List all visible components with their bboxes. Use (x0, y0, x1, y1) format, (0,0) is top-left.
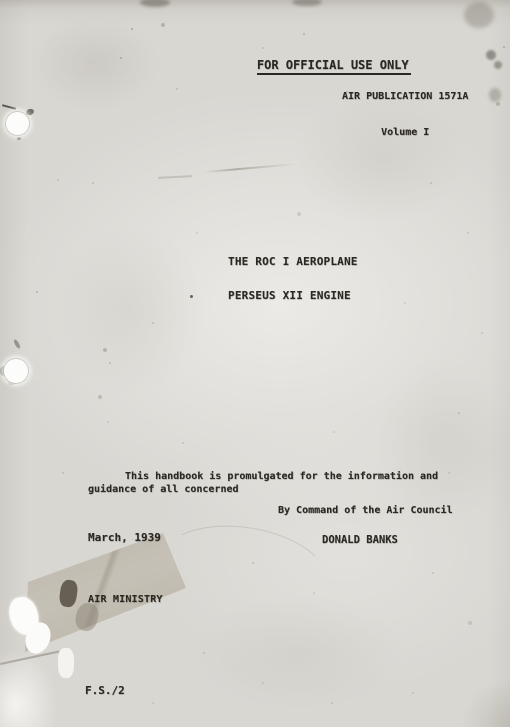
corner-stain (486, 50, 496, 60)
date-label: March, 1939 (88, 531, 161, 544)
corner-stain (489, 88, 501, 102)
paper-mottle (375, 355, 505, 525)
punch-hole-top (6, 112, 29, 135)
publication-block: AIR PUBLICATION 1571A Volume I (342, 67, 468, 163)
publication-number: AIR PUBLICATION 1571A (342, 91, 468, 103)
authority-line: By Command of the Air Council (278, 505, 453, 516)
ink-smudge (17, 137, 21, 140)
top-edge-stain (140, 0, 170, 7)
ink-smudge (2, 104, 16, 110)
promulgation-line-1: This handbook is promulgated for the inf… (125, 471, 438, 482)
pencil-streak (204, 163, 298, 173)
top-edge-stain (292, 0, 322, 6)
corner-stain (494, 61, 502, 69)
volume-label: Volume I (342, 127, 468, 139)
corner-stain (464, 2, 494, 28)
footer-reference: F.S./2 (85, 684, 125, 697)
engine-subtitle: PERSEUS XII ENGINE (228, 289, 351, 302)
stray-ink-dot (190, 295, 193, 298)
paper-specks (0, 0, 2, 2)
paper-mottle (55, 225, 205, 395)
tape-edge-line (0, 651, 59, 665)
signature-name: DONALD BANKS (322, 534, 398, 546)
ink-smudge (25, 108, 35, 116)
smudge (13, 339, 21, 350)
document-title: THE ROC I AEROPLANE (228, 255, 358, 268)
torn-paper-patch (58, 648, 74, 678)
pencil-streak (158, 175, 192, 178)
paper-mottle (30, 16, 160, 111)
punch-hole-bottom (4, 359, 28, 383)
promulgation-line-2: guidance of all concerned (88, 484, 239, 495)
issuer-label: AIR MINISTRY (88, 594, 163, 605)
document-page: FOR OFFICIAL USE ONLY AIR PUBLICATION 15… (0, 0, 510, 727)
